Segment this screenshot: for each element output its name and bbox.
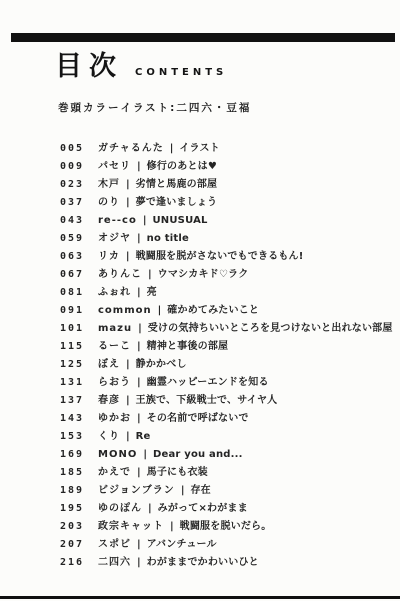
- toc-separator: |: [137, 341, 141, 352]
- toc-author: らおう: [98, 377, 131, 388]
- toc-separator: |: [137, 557, 141, 568]
- toc-page-number: 091: [60, 302, 98, 320]
- page-header: 目次 CONTENTS: [55, 44, 227, 83]
- toc-page: 目次 CONTENTS 巻頭カラーイラスト:二四六・豆福 005ガチャるんた|イ…: [0, 0, 400, 601]
- page-title-en: CONTENTS: [135, 67, 227, 78]
- toc-author: スポビ: [98, 539, 131, 550]
- toc-title: みがって×わがまま: [158, 503, 248, 514]
- toc-page-number: 137: [60, 392, 98, 410]
- toc-author: ありんこ: [98, 269, 142, 280]
- toc-page-number: 067: [60, 266, 98, 284]
- toc-list: 005ガチャるんた|イラスト 009パセリ|修行のあとは♥ 023木戸|劣情と馬…: [60, 140, 398, 572]
- toc-separator: |: [137, 287, 141, 298]
- toc-entry: 115るーこ|精神と事後の部屋: [60, 338, 398, 356]
- toc-title: UNUSUAL: [152, 215, 207, 226]
- toc-entry: 009パセリ|修行のあとは♥: [60, 158, 398, 176]
- toc-page-number: 125: [60, 356, 98, 374]
- toc-author: ぼえ: [98, 359, 120, 370]
- toc-title: 確かめてみたいこと: [167, 305, 259, 316]
- toc-author: ビジョンブラン: [98, 485, 175, 496]
- toc-page-number: 143: [60, 410, 98, 428]
- toc-title: アバンチュール: [147, 539, 217, 550]
- toc-entry: 101mazu|受けの気持ちいいところを見つけないと出れない部屋: [60, 320, 398, 338]
- toc-author: common: [98, 305, 152, 316]
- toc-separator: |: [137, 233, 141, 244]
- toc-page-number: 115: [60, 338, 98, 356]
- toc-title: わがままでかわいいひと: [147, 557, 259, 568]
- toc-title: 精神と事後の部屋: [147, 341, 229, 352]
- toc-separator: |: [170, 143, 174, 154]
- toc-separator: |: [143, 449, 147, 460]
- toc-title: Dear you and...: [153, 449, 243, 460]
- toc-title: 静かかべし: [136, 359, 187, 370]
- page-bottom-edge: [0, 596, 400, 599]
- toc-title: 修行のあとは♥: [147, 161, 217, 172]
- toc-title: 亮: [147, 287, 157, 298]
- toc-separator: |: [143, 215, 147, 226]
- toc-page-number: 153: [60, 428, 98, 446]
- toc-entry: 216二四六|わがままでかわいいひと: [60, 554, 398, 572]
- toc-author: ゆのぽん: [98, 503, 142, 514]
- toc-title: ウマシカキド♡ラク: [158, 269, 249, 280]
- toc-title: イラスト: [179, 143, 220, 154]
- toc-entry: 125ぼえ|静かかべし: [60, 356, 398, 374]
- toc-author: くり: [98, 431, 120, 442]
- toc-entry: 137春彦|王族で、下級戦士で、サイヤ人: [60, 392, 398, 410]
- toc-separator: |: [137, 539, 141, 550]
- toc-author: るーこ: [98, 341, 131, 352]
- toc-separator: |: [181, 485, 185, 496]
- toc-page-number: 023: [60, 176, 98, 194]
- toc-page-number: 063: [60, 248, 98, 266]
- toc-entry: 143ゆかお|その名前で呼ばないで: [60, 410, 398, 428]
- toc-title: 幽霊ハッピーエンドを知る: [147, 377, 269, 388]
- toc-author: 二四六: [98, 557, 131, 568]
- toc-page-number: 195: [60, 500, 98, 518]
- toc-separator: |: [138, 323, 142, 334]
- toc-author: 政宗キャット: [98, 521, 164, 532]
- toc-author: MONO: [98, 449, 137, 460]
- toc-page-number: 169: [60, 446, 98, 464]
- toc-title: 戦闘服を脱がさないでもできるもん!: [136, 251, 304, 262]
- toc-separator: |: [148, 269, 152, 280]
- toc-title: 劣情と馬鹿の部屋: [136, 179, 218, 190]
- header-rule-bar: [11, 33, 395, 42]
- toc-entry: 189ビジョンブラン|存在: [60, 482, 398, 500]
- toc-title: その名前で呼ばないで: [147, 413, 249, 424]
- toc-separator: |: [126, 395, 130, 406]
- toc-separator: |: [126, 197, 130, 208]
- toc-page-number: 216: [60, 554, 98, 572]
- toc-entry: 203政宗キャット|戦闘服を脱いだら。: [60, 518, 398, 536]
- toc-author: 春彦: [98, 395, 120, 406]
- toc-author: ふぉれ: [98, 287, 131, 298]
- toc-entry: 023木戸|劣情と馬鹿の部屋: [60, 176, 398, 194]
- toc-author: リカ: [98, 251, 120, 262]
- toc-page-number: 189: [60, 482, 98, 500]
- toc-title: 夢で逢いましょう: [136, 197, 218, 208]
- toc-separator: |: [137, 161, 141, 172]
- toc-separator: |: [126, 179, 130, 190]
- toc-page-number: 009: [60, 158, 98, 176]
- toc-separator: |: [126, 359, 130, 370]
- toc-entry: 091common|確かめてみたいこと: [60, 302, 398, 320]
- toc-separator: |: [126, 251, 130, 262]
- toc-page-number: 131: [60, 374, 98, 392]
- toc-entry: 059オジヤ|no title: [60, 230, 398, 248]
- toc-entry: 005ガチャるんた|イラスト: [60, 140, 398, 158]
- toc-page-number: 037: [60, 194, 98, 212]
- toc-page-number: 101: [60, 320, 98, 338]
- toc-page-number: 005: [60, 140, 98, 158]
- toc-separator: |: [148, 503, 152, 514]
- toc-entry: 169MONO|Dear you and...: [60, 446, 398, 464]
- toc-author: ゆかお: [98, 413, 131, 424]
- toc-author: パセリ: [98, 161, 131, 172]
- toc-entry: 207スポビ|アバンチュール: [60, 536, 398, 554]
- toc-page-number: 043: [60, 212, 98, 230]
- toc-entry: 185かえで|馬子にも衣装: [60, 464, 398, 482]
- toc-page-number: 059: [60, 230, 98, 248]
- toc-author: オジヤ: [98, 233, 131, 244]
- toc-separator: |: [126, 431, 130, 442]
- toc-separator: |: [137, 467, 141, 478]
- toc-title: Re: [136, 431, 151, 442]
- toc-separator: |: [137, 413, 141, 424]
- toc-entry: 043re--co|UNUSUAL: [60, 212, 398, 230]
- toc-page-number: 207: [60, 536, 98, 554]
- toc-page-number: 203: [60, 518, 98, 536]
- frontispiece-note: 巻頭カラーイラスト:二四六・豆福: [58, 100, 251, 115]
- toc-entry: 131らおう|幽霊ハッピーエンドを知る: [60, 374, 398, 392]
- toc-entry: 195ゆのぽん|みがって×わがまま: [60, 500, 398, 518]
- toc-entry: 153くり|Re: [60, 428, 398, 446]
- toc-author: re--co: [98, 215, 137, 226]
- toc-separator: |: [158, 305, 162, 316]
- toc-author: 木戸: [98, 179, 120, 190]
- page-title: 目次: [55, 44, 123, 83]
- toc-entry: 081ふぉれ|亮: [60, 284, 398, 302]
- toc-author: mazu: [98, 323, 132, 334]
- toc-title: no title: [147, 233, 189, 244]
- toc-title: 馬子にも衣装: [147, 467, 208, 478]
- toc-title: 受けの気持ちいいところを見つけないと出れない部屋: [148, 323, 393, 334]
- toc-author: ガチャるんた: [98, 143, 164, 154]
- toc-title: 戦闘服を脱いだら。: [180, 521, 272, 532]
- toc-page-number: 081: [60, 284, 98, 302]
- toc-separator: |: [170, 521, 174, 532]
- toc-entry: 037のり|夢で逢いましょう: [60, 194, 398, 212]
- toc-separator: |: [137, 377, 141, 388]
- toc-title: 王族で、下級戦士で、サイヤ人: [136, 395, 278, 406]
- toc-author: のり: [98, 197, 120, 208]
- toc-title: 存在: [190, 485, 210, 496]
- toc-page-number: 185: [60, 464, 98, 482]
- toc-entry: 063リカ|戦闘服を脱がさないでもできるもん!: [60, 248, 398, 266]
- toc-entry: 067ありんこ|ウマシカキド♡ラク: [60, 266, 398, 284]
- toc-author: かえで: [98, 467, 131, 478]
